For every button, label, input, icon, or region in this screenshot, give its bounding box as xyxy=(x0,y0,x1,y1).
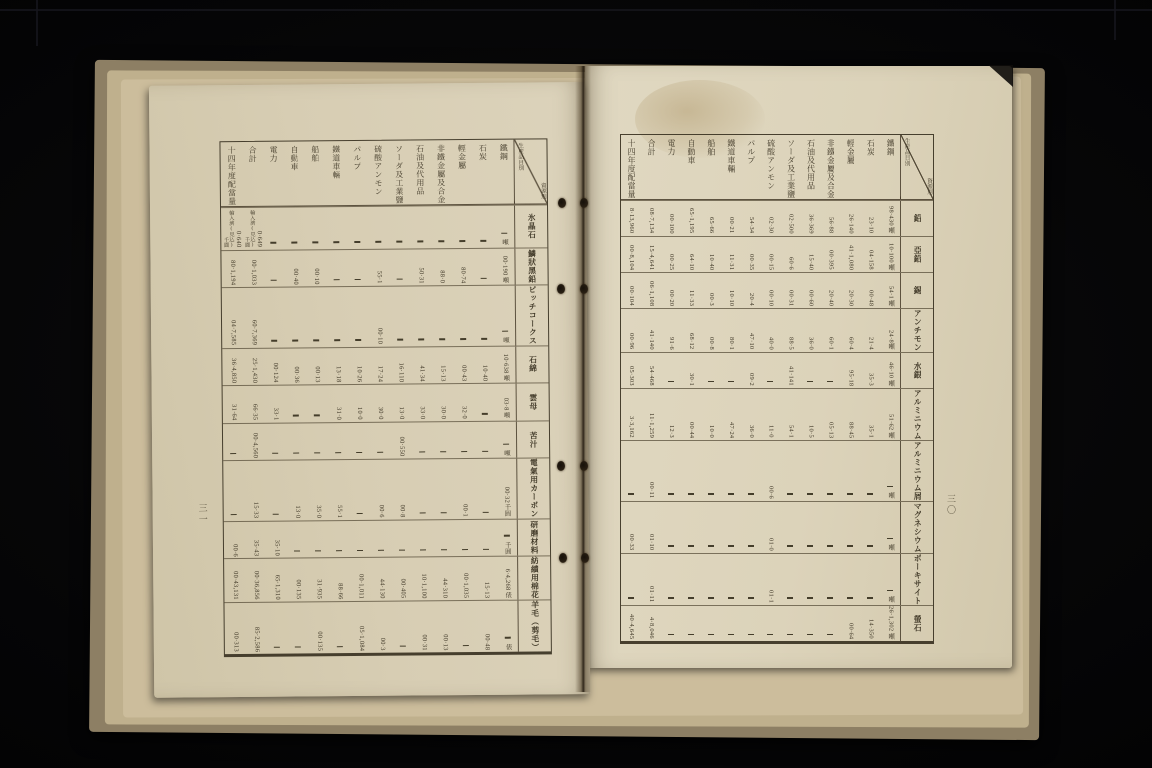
value-cell: 0·30 xyxy=(369,385,390,422)
value-cell: 13·00 xyxy=(306,348,327,385)
value-cell: 10·23 xyxy=(860,201,880,236)
value-wrap xyxy=(847,493,853,498)
value-wrap: 7,134·08 xyxy=(648,208,654,233)
value-cell: 33·15 xyxy=(244,461,265,521)
empty-dash xyxy=(827,493,833,494)
column-header-label: 船舶 xyxy=(707,139,715,156)
value-cell: 8·00 xyxy=(391,460,412,520)
value-wrap: 96·00 xyxy=(628,333,634,349)
row-category-cell: 氷晶石 xyxy=(514,205,547,247)
value-wrap: 44·00 xyxy=(688,422,694,438)
value-cell xyxy=(370,521,391,558)
value-stack: 1·80 xyxy=(727,337,733,350)
column-header-label: 鐵道車輛 xyxy=(726,139,734,173)
value-cell: 6·91 xyxy=(661,309,681,352)
value-cell: 0·13 xyxy=(286,461,307,521)
value-stack xyxy=(787,634,793,639)
cell-value: 13·15 xyxy=(483,581,490,597)
value-cell: 5·88 xyxy=(780,309,800,352)
value-wrap xyxy=(274,646,280,651)
binding-hole xyxy=(581,553,589,563)
value-stack xyxy=(441,549,447,554)
cell-value: 13·05 xyxy=(827,422,833,438)
value-cell xyxy=(860,502,880,553)
column-header-label: 自動車 xyxy=(290,146,299,172)
value-cell: 31·00 xyxy=(780,273,800,308)
value-stack: 40·10 xyxy=(707,254,713,270)
value-cell: 10·01 xyxy=(641,502,661,553)
value-wrap: 4·60 xyxy=(847,337,853,350)
value-wrap: 0·10 xyxy=(707,425,713,438)
cell-value: 0·36 xyxy=(747,425,753,438)
value-cell: 62·51噸 xyxy=(880,389,900,440)
row-category-label: 錫 xyxy=(913,286,921,295)
value-cell xyxy=(285,386,306,423)
row-category-label: ボーキサイト xyxy=(913,554,921,605)
value-stack: 3·00 xyxy=(707,293,713,306)
empty-dash xyxy=(378,550,384,551)
unit-label: 噸 xyxy=(887,380,893,386)
value-stack: 0·88 xyxy=(438,270,445,283)
value-cell xyxy=(266,603,287,654)
value-cell: 0·32 xyxy=(453,384,474,421)
value-cell: 1·80 xyxy=(721,309,741,352)
value-cell: 0·35 xyxy=(307,461,328,521)
value-wrap: 噸 xyxy=(887,538,893,551)
value-stack: 5·10 xyxy=(807,425,813,438)
value-cell xyxy=(326,207,347,249)
value-wrap: 74·80 xyxy=(459,267,466,283)
value-wrap: 10·64 xyxy=(688,254,694,270)
unit-label: 噸 xyxy=(887,492,893,498)
column-header-label: 電力 xyxy=(269,146,278,163)
value-cell: 7,585·04 xyxy=(222,288,243,348)
value-wrap: 31·00 xyxy=(420,634,427,650)
cell-value: 96·00 xyxy=(628,333,634,349)
empty-dash xyxy=(418,339,424,340)
value-wrap: 190·00噸 xyxy=(501,255,508,282)
empty-dash xyxy=(688,634,694,635)
empty-dash xyxy=(502,331,508,332)
value-stack: 141·41 xyxy=(787,366,793,386)
column-header-label: 石油及代用品 xyxy=(415,144,424,195)
cell-value: 1,259·11 xyxy=(648,413,654,438)
empty-dash xyxy=(847,493,853,494)
value-wrap xyxy=(315,550,321,555)
table-row: 石綿638·10噸40·1043·0013·1534·41110·1624·17… xyxy=(222,345,548,385)
unit-label: 噸 xyxy=(502,412,508,418)
value-stack: 18·95 xyxy=(847,370,853,386)
value-stack: 噸 xyxy=(501,331,508,344)
value-cell: 1·55 xyxy=(328,460,349,520)
cell-value: 64·00 xyxy=(847,623,853,639)
value-stack xyxy=(397,278,403,283)
value-wrap: 303·05 xyxy=(628,366,634,386)
value-stack: 10·00 xyxy=(767,290,773,306)
value-cell xyxy=(349,521,370,558)
empty-dash xyxy=(334,339,340,340)
cell-value: 0·13 xyxy=(397,406,404,419)
value-cell: 43,131·00 xyxy=(224,559,245,602)
value-cell: 34·54 xyxy=(741,201,761,236)
value-stack xyxy=(688,597,694,602)
unit-label: 噸 xyxy=(887,633,893,639)
value-cell: 3·35 xyxy=(860,353,880,388)
value-cell xyxy=(328,521,349,558)
value-cell: 1,080·41 xyxy=(840,237,860,272)
cell-value: 0·88 xyxy=(438,270,445,283)
cell-value: 0·32 xyxy=(460,406,467,419)
value-cell xyxy=(348,423,369,460)
cell-value: 7,369·60 xyxy=(250,320,257,345)
value-wrap xyxy=(688,545,694,550)
value-cell: 10·00 xyxy=(305,250,326,287)
value-stack xyxy=(417,241,423,246)
value-stack: 31·50 xyxy=(417,267,424,283)
value-stack: 7,134·08 xyxy=(648,208,654,233)
cell-value: 6·00 xyxy=(767,486,773,499)
value-stack: 3·00 xyxy=(379,638,386,651)
value-cell: 468·54 xyxy=(641,353,661,388)
empty-dash xyxy=(748,634,754,635)
cell-note: 輸入濟(見込)千圓 xyxy=(243,207,254,247)
empty-dash xyxy=(292,340,298,341)
value-stack: 8,104·00 xyxy=(628,245,634,270)
value-cell xyxy=(701,606,721,641)
row-category-cell: ピッチコークス xyxy=(515,285,549,345)
value-cell: 40·20 xyxy=(820,273,840,308)
value-wrap: 8,104·00 xyxy=(628,245,634,270)
value-wrap: 1,033·00 xyxy=(250,260,257,285)
column-header: 十四年度配當量 xyxy=(220,142,241,206)
value-cell: 1·00 xyxy=(453,459,474,519)
value-stack: 110·16 xyxy=(397,362,404,382)
value-cell: 64·31 xyxy=(223,386,244,423)
value-cell xyxy=(389,249,410,286)
value-cell xyxy=(820,353,840,388)
value-stack: 1·60 xyxy=(827,337,833,350)
value-wrap xyxy=(807,634,813,639)
cell-value: 15·00 xyxy=(767,254,773,270)
value-wrap: 8·03噸 xyxy=(502,398,509,418)
row-category-label: 石綿 xyxy=(528,356,537,373)
value-wrap: 4,268·6俵 xyxy=(504,568,511,597)
empty-dash xyxy=(504,637,510,638)
cell-value: 1,194·80 xyxy=(229,260,236,285)
empty-dash xyxy=(787,545,793,546)
value-wrap xyxy=(336,550,342,555)
cell-value: 4·20 xyxy=(747,293,753,306)
cell-value: 550·00 xyxy=(398,437,405,457)
value-wrap xyxy=(313,340,319,345)
value-cell xyxy=(326,250,347,287)
value-wrap: 12·68 xyxy=(688,333,694,349)
value-cell: 40·15 xyxy=(800,237,820,272)
value-stack: 0·40 xyxy=(767,337,773,350)
table-row: 螢石1,302·26噸350·1464·008,046·44,645·40 xyxy=(621,605,933,641)
value-cell xyxy=(761,353,781,388)
value-cell xyxy=(701,441,721,501)
value-stack xyxy=(294,551,300,556)
value-stack xyxy=(295,646,301,651)
value-cell: 31·11 xyxy=(721,237,741,272)
value-wrap: 141·41 xyxy=(787,366,793,386)
value-cell: 3·00 xyxy=(701,273,721,308)
column-header-label: 石炭 xyxy=(478,144,487,161)
value-cell: 24·47 xyxy=(721,389,741,440)
cell-value: 100·10 xyxy=(887,243,893,263)
value-stack: 0·10 xyxy=(707,425,713,438)
value-cell: 310·44 xyxy=(433,558,454,601)
value-stack xyxy=(480,278,486,283)
row-category-cell: 電氣用カーボン xyxy=(516,459,550,519)
value-stack: 395·00 xyxy=(827,250,833,270)
value-wrap: 10·46噸 xyxy=(887,362,893,386)
value-cell: 1,302·26噸 xyxy=(880,606,900,641)
value-stack: 40·00 xyxy=(292,268,299,284)
column-header: パルプ xyxy=(741,135,761,199)
value-wrap: 10·10 xyxy=(727,290,733,306)
cell-value: 48·00 xyxy=(483,633,490,649)
value-cell: 1,033·00 xyxy=(242,250,263,287)
value-wrap xyxy=(748,597,754,602)
value-stack: 66·65 xyxy=(707,217,713,233)
empty-dash xyxy=(274,646,280,647)
value-stack: 96·00 xyxy=(628,333,634,349)
cell-value: 1·55 xyxy=(375,271,382,284)
value-stack: 21·00 xyxy=(727,217,733,233)
value-wrap xyxy=(481,338,487,343)
cell-value: 43,131·00 xyxy=(231,571,238,600)
value-cell: 1·33 xyxy=(264,386,285,423)
row-category-cell: 研磨材料 xyxy=(517,519,550,556)
value-wrap xyxy=(356,452,362,457)
column-header: 十四年度配當量 xyxy=(621,135,641,199)
value-stack xyxy=(728,493,734,498)
value-cell xyxy=(411,422,432,459)
cell-value: 140·41 xyxy=(648,330,654,350)
diagonal-label-resource: 資源別 xyxy=(925,178,931,195)
value-cell xyxy=(681,554,701,605)
value-wrap: 1,080·41 xyxy=(847,245,853,270)
value-wrap: 40·00 xyxy=(292,268,299,284)
value-wrap xyxy=(231,453,237,458)
value-stack: 10·46噸 xyxy=(887,362,893,386)
value-cell: 13,960·8 xyxy=(621,201,641,236)
empty-dash xyxy=(867,493,873,494)
value-stack xyxy=(728,545,734,550)
value-wrap: 3·35 xyxy=(867,373,873,386)
column-header: 鐵鋼 xyxy=(493,140,514,204)
value-wrap: 10·47 xyxy=(747,333,753,349)
value-wrap xyxy=(787,545,793,550)
unit-label: 噸 xyxy=(501,337,507,343)
empty-dash xyxy=(668,634,674,635)
row-category-label: アルミニウム xyxy=(913,389,921,440)
cell-value: 1·55 xyxy=(336,505,343,518)
column-header: パルプ xyxy=(346,141,367,205)
value-wrap xyxy=(807,597,813,602)
value-stack: 12·68 xyxy=(688,333,694,349)
value-stack xyxy=(292,242,298,247)
value-cell: 6·60 xyxy=(780,237,800,272)
value-cell: 96·00 xyxy=(621,309,641,352)
cell-value: 12·68 xyxy=(688,333,694,349)
value-wrap: 369·36 xyxy=(807,214,813,234)
value-wrap: 25·00 xyxy=(668,254,674,270)
value-stack: 44·00 xyxy=(688,422,694,438)
cell-value: 1,100·10 xyxy=(420,573,427,598)
empty-dash xyxy=(887,538,893,539)
value-wrap xyxy=(399,550,405,555)
value-stack: 8·00 xyxy=(707,337,713,350)
value-cell xyxy=(347,206,368,248)
value-stack: 48·00 xyxy=(483,633,490,649)
value-stack: 10·10 xyxy=(727,290,733,306)
cell-value: 30·20 xyxy=(847,290,853,306)
cell-value: 10·00 xyxy=(313,268,320,284)
value-cell: 1,084·05 xyxy=(350,602,371,653)
cell-value: 4,268·6 xyxy=(504,568,511,590)
empty-dash xyxy=(462,549,468,550)
empty-dash xyxy=(271,340,277,341)
value-wrap: 110·16 xyxy=(397,362,404,382)
value-wrap: 1·30 xyxy=(688,373,694,386)
value-stack: 7,585·04 xyxy=(229,320,236,345)
value-cell xyxy=(475,520,496,557)
value-wrap xyxy=(767,634,773,639)
value-wrap: 6·91 xyxy=(668,337,674,350)
value-wrap: 48·00 xyxy=(867,290,873,306)
value-cell: 8·03噸 xyxy=(495,384,516,421)
value-cell xyxy=(621,554,641,605)
empty-dash xyxy=(503,443,509,444)
value-wrap xyxy=(337,646,343,651)
value-stack: 3·12 xyxy=(668,425,674,438)
value-wrap: 10·01 xyxy=(648,534,654,550)
cell-value: 350·14 xyxy=(867,619,873,639)
value-wrap xyxy=(314,452,320,457)
value-stack: 36,856·00 xyxy=(252,571,259,600)
value-wrap: 1·35 xyxy=(867,425,873,438)
value-cell: 2·09 xyxy=(741,353,761,388)
cell-value: 10·47 xyxy=(747,333,753,349)
value-stack xyxy=(688,493,694,498)
value-wrap xyxy=(441,549,447,554)
value-cell: 5·10 xyxy=(800,389,820,440)
value-stack xyxy=(292,340,298,345)
value-cell: 110·16 xyxy=(390,347,411,384)
cell-value: 4,560·00 xyxy=(251,433,258,458)
cell-value: 1,033·00 xyxy=(250,260,257,285)
value-stack: 35·00 xyxy=(747,254,753,270)
column-header-label: 硫酸アンモン xyxy=(373,145,382,196)
value-stack xyxy=(271,279,277,284)
unit-label: 俵 xyxy=(504,591,510,597)
value-cell xyxy=(800,353,820,388)
value-cell: 36·00 xyxy=(285,348,306,385)
column-header: 船舶 xyxy=(304,141,325,205)
value-wrap: 550·00 xyxy=(398,437,405,457)
value-wrap xyxy=(400,645,406,650)
value-cell: 0·01 xyxy=(761,502,781,553)
value-cell: 0·88 xyxy=(431,249,452,286)
value-cell: 4,268·6俵 xyxy=(496,557,517,600)
value-cell: 13·05 xyxy=(820,389,840,440)
column-header-label: 石油及代用品 xyxy=(806,139,814,190)
value-cell: 噸 xyxy=(495,421,516,458)
empty-dash xyxy=(728,381,734,382)
value-wrap: 20·00 xyxy=(668,290,674,306)
value-wrap: 33·11 xyxy=(688,290,694,306)
cell-value: 3·00 xyxy=(707,293,713,306)
value-cell: 33·00 xyxy=(621,502,641,553)
value-cell xyxy=(455,601,476,652)
value-cell: 430·98噸 xyxy=(880,201,900,236)
row-category-cell: 石綿 xyxy=(515,346,548,383)
cell-value: 1·60 xyxy=(827,337,833,350)
value-cell: 33·11 xyxy=(681,273,701,308)
value-stack: 468·54 xyxy=(648,366,654,386)
value-cell xyxy=(388,206,409,248)
value-stack: 13·15 xyxy=(483,581,490,597)
column-header-label: 石炭 xyxy=(866,139,874,156)
value-stack xyxy=(827,634,833,639)
cell-value: 1·54 xyxy=(887,286,893,299)
value-stack xyxy=(787,493,793,498)
value-wrap xyxy=(417,241,423,246)
empty-dash xyxy=(748,597,754,598)
empty-dash xyxy=(787,634,793,635)
value-cell: 369·36 xyxy=(800,201,820,236)
cell-value: 140·26 xyxy=(847,214,853,234)
value-stack: 1,035·00 xyxy=(462,573,469,598)
value-cell xyxy=(721,441,741,501)
row-category-label: 羊毛（剪毛） xyxy=(530,600,539,651)
value-wrap xyxy=(482,511,488,516)
value-stack xyxy=(827,545,833,550)
value-cell: 500·02 xyxy=(780,201,800,236)
value-cell: 1,108·06 xyxy=(641,273,661,308)
value-stack xyxy=(463,645,469,650)
value-wrap: 4·20 xyxy=(747,293,753,306)
value-wrap xyxy=(688,634,694,639)
table-header-row: 生産品目別資源別鐵鋼石炭輕金屬非鐵金屬及合金石油及代用品ソーダ及工業鹽硫酸アンモ… xyxy=(621,135,933,200)
value-cell: 18·95 xyxy=(840,353,860,388)
empty-dash xyxy=(231,514,237,515)
empty-dash xyxy=(231,453,237,454)
value-wrap: 60·00 xyxy=(807,290,813,306)
value-cell: 13·15 xyxy=(475,557,496,600)
value-wrap xyxy=(440,512,446,517)
value-cell xyxy=(410,286,431,346)
column-header: 輕金屬 xyxy=(840,135,860,199)
value-stack xyxy=(397,339,403,344)
cell-value: 3,162·3 xyxy=(628,416,634,438)
value-cell: 36,856·00 xyxy=(245,559,266,602)
empty-dash xyxy=(708,545,714,546)
value-stack: 6·91 xyxy=(668,337,674,350)
cell-value: 8,104·00 xyxy=(628,245,634,270)
value-cell: 20·00 xyxy=(661,273,681,308)
empty-dash xyxy=(708,634,714,635)
value-cell: 4·21 xyxy=(860,309,880,352)
value-cell xyxy=(661,353,681,388)
binding-hole xyxy=(559,553,567,563)
empty-dash xyxy=(481,338,487,339)
display-frame-edge xyxy=(0,9,1152,11)
cell-value: 135·00 xyxy=(316,631,323,651)
